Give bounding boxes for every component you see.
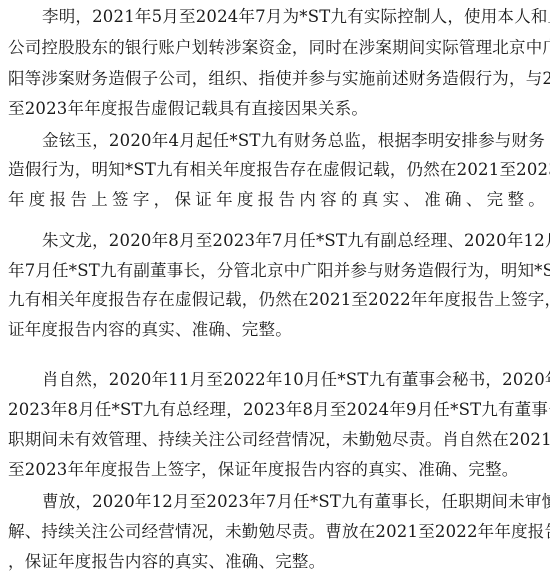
text-line: ，保证年度报告内容的真实、准确、完整。 <box>8 547 545 577</box>
text-line: 职期间未有效管理、持续关注公司经营情况，未勤勉尽责。肖自然在2021 <box>8 425 545 455</box>
text-line: 金铉玉，2020年4月起任*ST九有财务总监，根据李明安排参与财务 <box>42 126 545 156</box>
text-line: 公司控股股东的银行账户划转涉案资金，同时在涉案期间实际管理北京中广 <box>8 33 545 63</box>
text-line: 至2023年年度报告上签字，保证年度报告内容的真实、准确、完整。 <box>8 455 545 485</box>
text-line: 年度报告上签字，保证年度报告内容的真实、准确、完整。 <box>8 185 545 215</box>
text-line: 年7月任*ST九有副董事长，分管北京中广阳并参与财务造假行为，明知*ST <box>8 256 545 286</box>
text-line: 2023年8月任*ST九有总经理，2023年8月至2024年9月任*ST九有董事… <box>8 395 545 425</box>
text-line: 阳等涉案财务造假子公司，组织、指使并参与实施前述财务造假行为，与2021 <box>8 64 545 94</box>
text-line: 造假行为，明知*ST九有相关年度报告存在虚假记载，仍然在2021至2023年 <box>8 155 545 185</box>
text-line: 证年度报告内容的真实、准确、完整。 <box>8 315 545 345</box>
text-line: 曹放，2020年12月至2023年7月任*ST九有董事长，任职期间未审慎了 <box>42 487 545 517</box>
text-line: 解、持续关注公司经营情况，未勤勉尽责。曹放在2021至2022年年度报告上签字 <box>8 517 545 547</box>
text-line: 九有相关年度报告存在虚假记载，仍然在2021至2022年年度报告上签字，保 <box>8 285 545 315</box>
text-line: 肖自然，2020年11月至2022年10月任*ST九有董事会秘书，2020年7月… <box>42 365 545 395</box>
text-line: 李明，2021年5月至2024年7月为*ST九有实际控制人，使用本人和上市 <box>42 2 545 32</box>
text-line: 至2023年年度报告虚假记载具有直接因果关系。 <box>8 94 545 124</box>
text-line: 朱文龙，2020年8月至2023年7月任*ST九有副总经理、2020年12月至2… <box>42 226 545 256</box>
document-page: 李明，2021年5月至2024年7月为*ST九有实际控制人，使用本人和上市 公司… <box>0 0 550 582</box>
